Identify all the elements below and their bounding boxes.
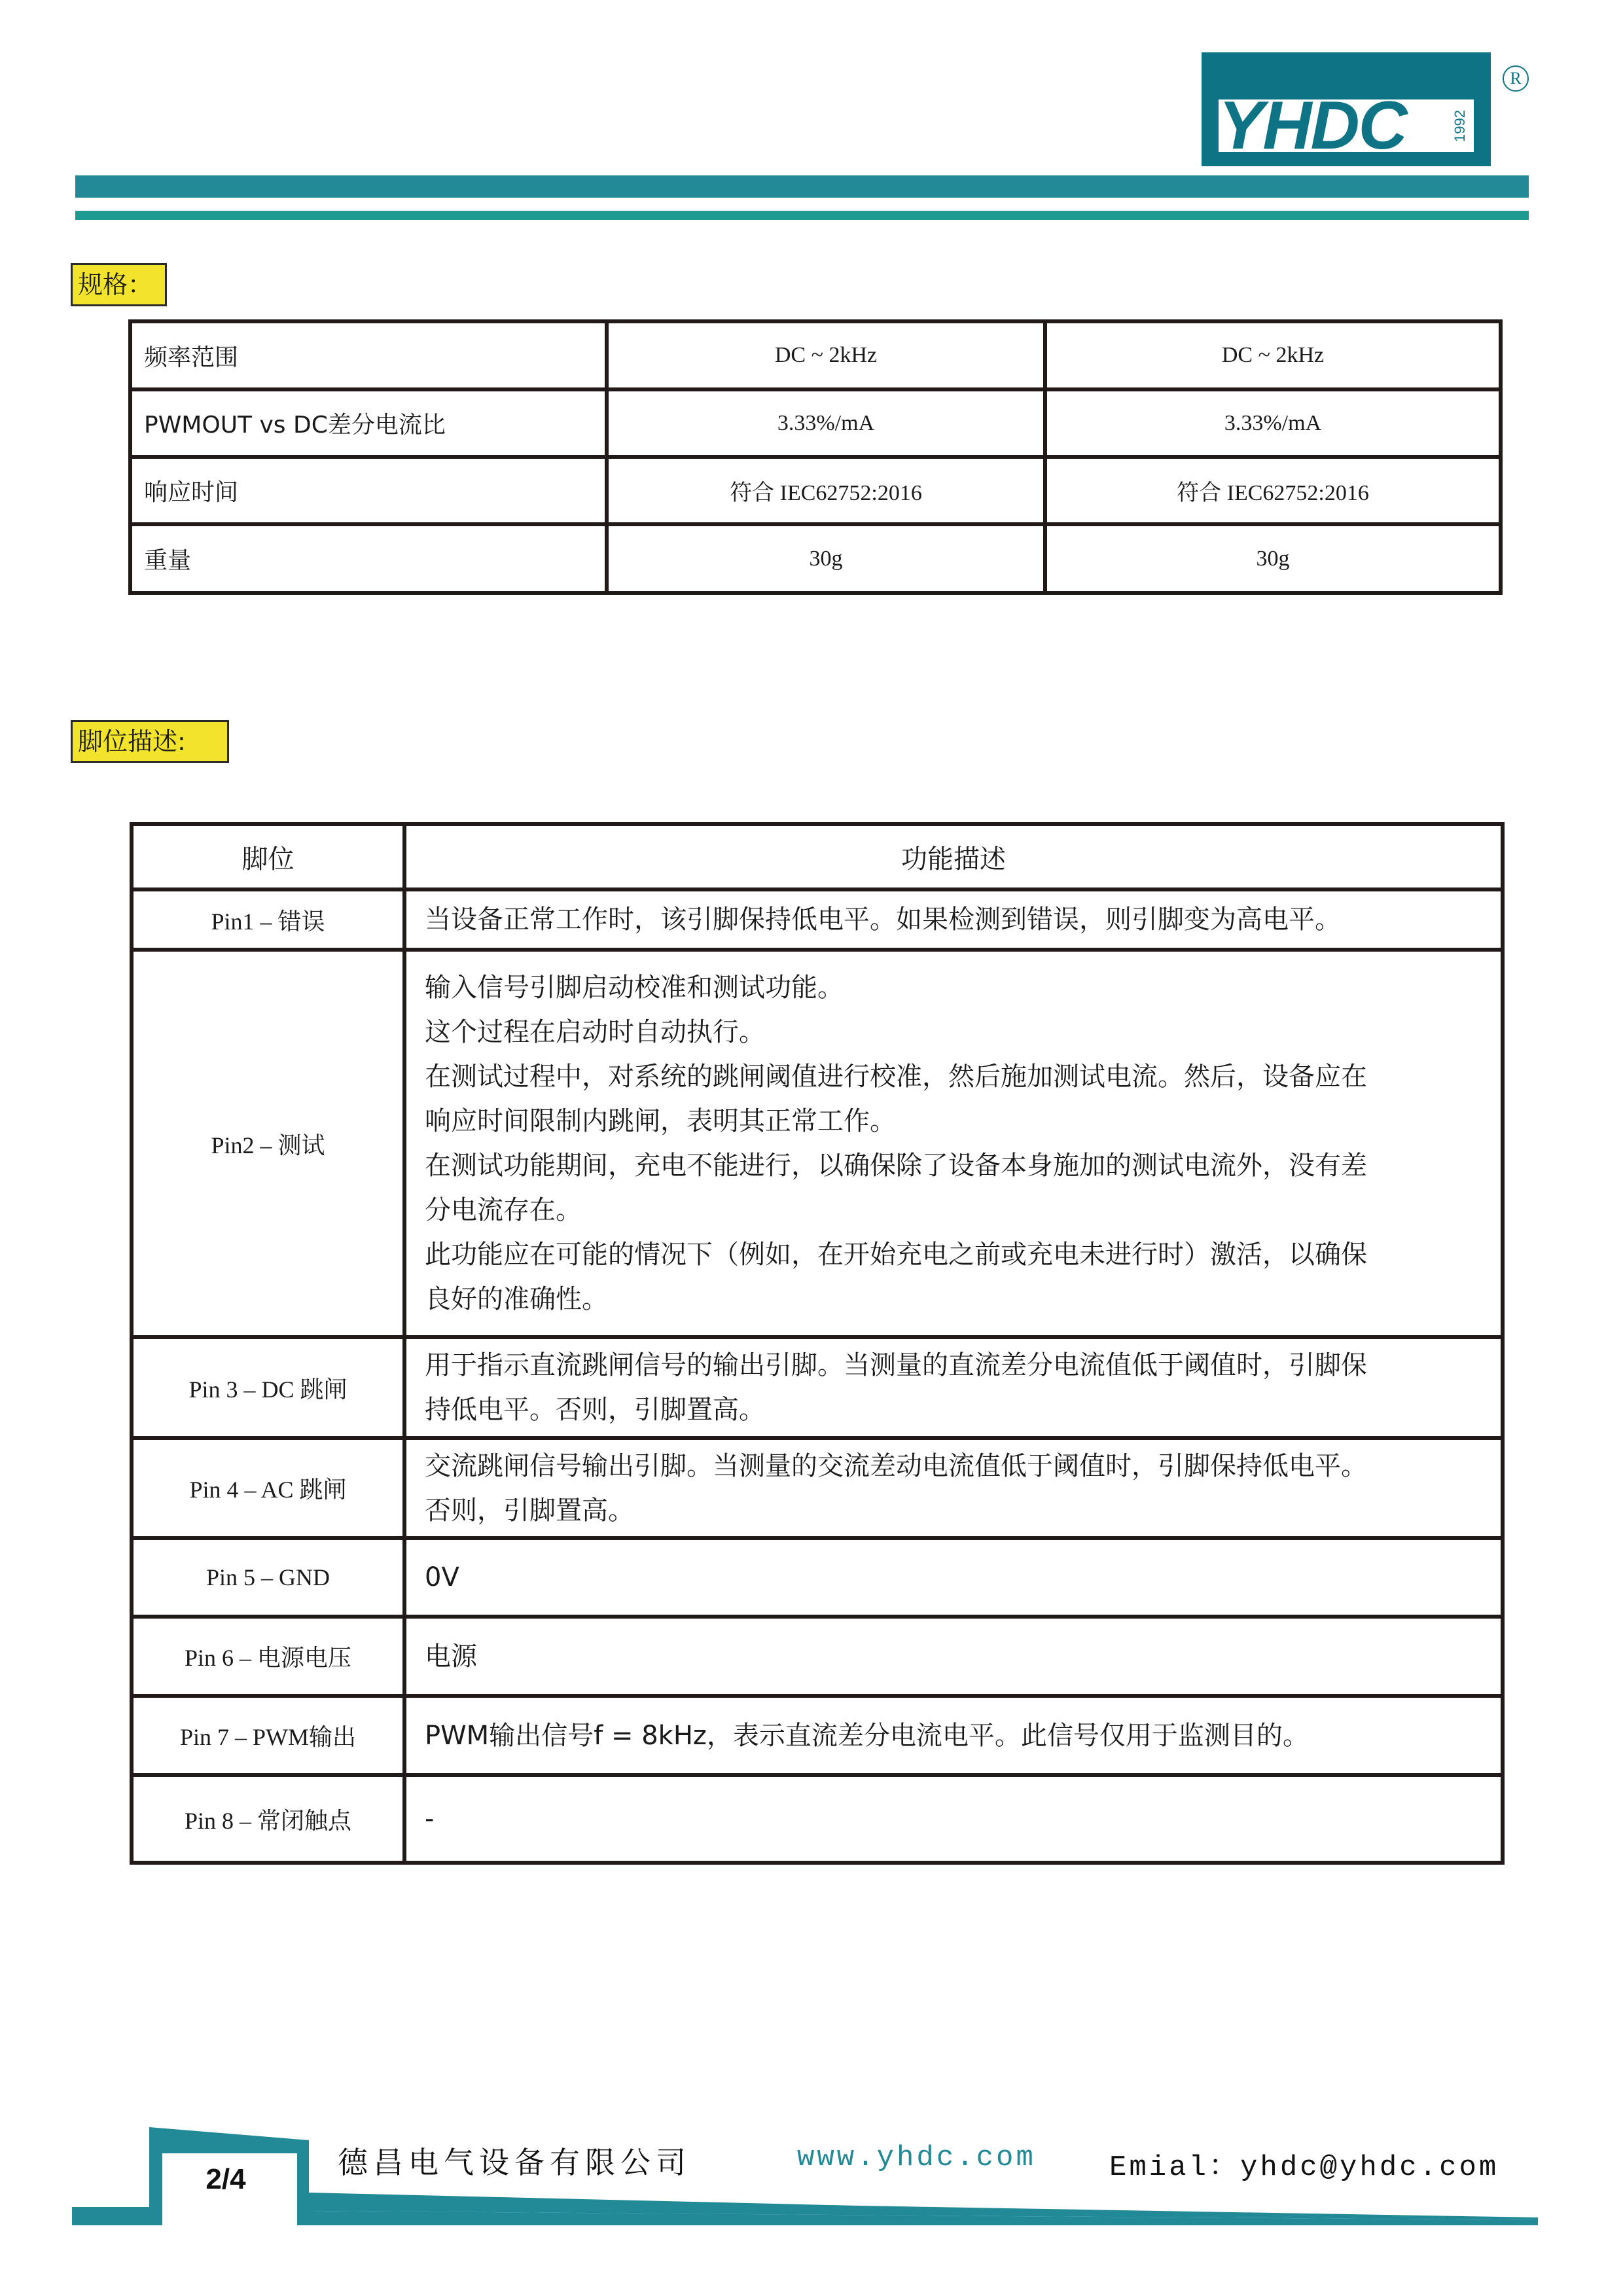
logo-wordmark: YHDC: [1219, 99, 1406, 152]
spec-value: 3.33%/mA: [607, 389, 1045, 457]
description-line: 当设备正常工作时，该引脚保持低电平。如果检测到错误，则引脚变为高电平。: [425, 897, 1488, 942]
website-link[interactable]: www.yhdc.com: [797, 2142, 1036, 2174]
pin-name: Pin 6 – 电源电压: [132, 1617, 404, 1696]
pin-description: PWM输出信号f = 8kHz，表示直流差分电流电平。此信号仅用于监测目的。: [404, 1696, 1503, 1775]
description-line: 交流跳闸信号输出引脚。当测量的交流差动电流值低于阈值时，引脚保持低电平。: [425, 1444, 1488, 1488]
pin-row: Pin 5 – GND 0V: [132, 1538, 1503, 1617]
header-bar-thick: [75, 175, 1529, 198]
email-contact[interactable]: Emial：yhdc@yhdc.com: [1109, 2142, 1499, 2184]
pin-name: Pin 5 – GND: [132, 1538, 404, 1617]
spec-label: 重量: [130, 524, 607, 593]
spec-value: 符合 IEC62752:2016: [1045, 457, 1501, 524]
description-line: 在测试过程中，对系统的跳闸阈值进行校准，然后施加测试电流。然后，设备应在: [425, 1054, 1488, 1099]
description-line: 此功能应在可能的情况下（例如，在开始充电之前或充电未进行时）激活，以确保: [425, 1232, 1488, 1277]
description-line: 良好的准确性。: [425, 1277, 1488, 1321]
spec-row: 响应时间 符合 IEC62752:2016 符合 IEC62752:2016: [130, 457, 1501, 524]
yhdc-logo: YHDC 1992: [1202, 52, 1491, 166]
logo-year: 1992: [1452, 103, 1471, 149]
pin-description: 输入信号引脚启动校准和测试功能。 这个过程在启动时自动执行。 在测试过程中，对系…: [404, 950, 1503, 1337]
description-line: 0V: [425, 1555, 1488, 1600]
spec-value: DC ~ 2kHz: [1045, 321, 1501, 389]
pin-table: 脚位 功能描述 Pin1 – 错误 当设备正常工作时，该引脚保持低电平。如果检测…: [130, 822, 1505, 1865]
specs-table: 频率范围 DC ~ 2kHz DC ~ 2kHz PWMOUT vs DC差分电…: [128, 319, 1503, 595]
pin-name: Pin2 – 测试: [132, 950, 404, 1337]
spec-label: PWMOUT vs DC差分电流比: [130, 389, 607, 457]
pin-name: Pin 3 – DC 跳闸: [132, 1337, 404, 1438]
description-line: 在测试功能期间，充电不能进行，以确保除了设备本身施加的测试电流外，没有差: [425, 1143, 1488, 1188]
registered-trademark-icon: R: [1503, 65, 1529, 92]
description-column-header: 功能描述: [404, 824, 1503, 889]
company-name: 德昌电气设备有限公司: [338, 2139, 691, 2182]
pin-description: 交流跳闸信号输出引脚。当测量的交流差动电流值低于阈值时，引脚保持低电平。 否则，…: [404, 1438, 1503, 1538]
pins-section-label: 脚位描述:: [71, 720, 229, 763]
header-bar-thin: [75, 211, 1529, 220]
pin-row: Pin 6 – 电源电压 电源: [132, 1617, 1503, 1696]
description-line: 输入信号引脚启动校准和测试功能。: [425, 965, 1488, 1010]
pin-description: 0V: [404, 1538, 1503, 1617]
description-line: 否则，引脚置高。: [425, 1488, 1488, 1533]
description-line: 响应时间限制内跳闸，表明其正常工作。: [425, 1099, 1488, 1143]
description-line: -: [425, 1797, 1488, 1841]
logo-wordmark-strip: YHDC 1992: [1219, 99, 1474, 152]
pin-row: Pin 7 – PWM输出 PWM输出信号f = 8kHz，表示直流差分电流电平…: [132, 1696, 1503, 1775]
spec-value: 符合 IEC62752:2016: [607, 457, 1045, 524]
pin-name: Pin 4 – AC 跳闸: [132, 1438, 404, 1538]
spec-row: PWMOUT vs DC差分电流比 3.33%/mA 3.33%/mA: [130, 389, 1501, 457]
description-line: 用于指示直流跳闸信号的输出引脚。当测量的直流差分电流值低于阈值时，引脚保: [425, 1343, 1488, 1388]
pin-column-header: 脚位: [132, 824, 404, 889]
specs-section-label: 规格：: [71, 263, 167, 306]
spec-value: 30g: [1045, 524, 1501, 593]
description-line: PWM输出信号f = 8kHz，表示直流差分电流电平。此信号仅用于监测目的。: [425, 1713, 1488, 1758]
spec-row: 重量 30g 30g: [130, 524, 1501, 593]
spec-label: 响应时间: [130, 457, 607, 524]
description-line: 这个过程在启动时自动执行。: [425, 1010, 1488, 1054]
pin-row: Pin 4 – AC 跳闸 交流跳闸信号输出引脚。当测量的交流差动电流值低于阈值…: [132, 1438, 1503, 1538]
pin-name: Pin1 – 错误: [132, 889, 404, 950]
pin-table-header: 脚位 功能描述: [132, 824, 1503, 889]
pin-description: 当设备正常工作时，该引脚保持低电平。如果检测到错误，则引脚变为高电平。: [404, 889, 1503, 950]
description-line: 电源: [425, 1634, 1488, 1679]
spec-label: 频率范围: [130, 321, 607, 389]
spec-value: DC ~ 2kHz: [607, 321, 1045, 389]
pin-row: Pin2 – 测试 输入信号引脚启动校准和测试功能。 这个过程在启动时自动执行。…: [132, 950, 1503, 1337]
pin-description: 电源: [404, 1617, 1503, 1696]
pin-description: 用于指示直流跳闸信号的输出引脚。当测量的直流差分电流值低于阈值时，引脚保 持低电…: [404, 1337, 1503, 1438]
spec-value: 30g: [607, 524, 1045, 593]
pin-row: Pin1 – 错误 当设备正常工作时，该引脚保持低电平。如果检测到错误，则引脚变…: [132, 889, 1503, 950]
description-line: 持低电平。否则，引脚置高。: [425, 1388, 1488, 1432]
pin-name: Pin 8 – 常闭触点: [132, 1775, 404, 1863]
pin-description: -: [404, 1775, 1503, 1863]
pin-row: Pin 8 – 常闭触点 -: [132, 1775, 1503, 1863]
description-line: 分电流存在。: [425, 1188, 1488, 1232]
page-number: 2/4: [196, 2163, 255, 2196]
spec-value: 3.33%/mA: [1045, 389, 1501, 457]
pin-row: Pin 3 – DC 跳闸 用于指示直流跳闸信号的输出引脚。当测量的直流差分电流…: [132, 1337, 1503, 1438]
spec-row: 频率范围 DC ~ 2kHz DC ~ 2kHz: [130, 321, 1501, 389]
pin-name: Pin 7 – PWM输出: [132, 1696, 404, 1775]
